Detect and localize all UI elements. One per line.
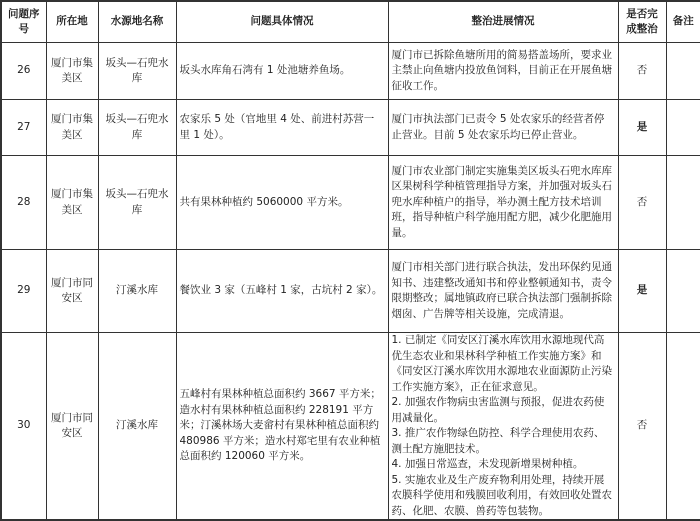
rectification-table: 问题序号 所在地 水源地名称 问题具体情况 整治进展情况 是否完成整治 备注 2… — [0, 0, 700, 521]
cell-no: 30 — [1, 333, 46, 521]
progress-item: 5. 实施农业及生产废弃物利用处理，持续开展农膜科学使用和残膜回收利用，有效回收… — [392, 473, 615, 520]
header-source-name: 水源地名称 — [98, 1, 176, 43]
table-row: 29 厦门市同安区 汀溪水库 餐饮业 3 家（五峰村 1 家，古坑村 2 家）。… — [1, 250, 700, 333]
cell-no: 29 — [1, 250, 46, 333]
cell-location: 厦门市集美区 — [46, 43, 98, 100]
header-progress: 整治进展情况 — [388, 1, 618, 43]
cell-no: 28 — [1, 156, 46, 250]
cell-problem: 农家乐 5 处（官地里 4 处、前进村苏营一里 1 处）。 — [176, 100, 388, 156]
cell-source-name: 坂头—石兜水库 — [98, 156, 176, 250]
table-row: 27 厦门市集美区 坂头—石兜水库 农家乐 5 处（官地里 4 处、前进村苏营一… — [1, 100, 700, 156]
cell-progress: 厦门市相关部门进行联合执法，发出环保约见通知书、违建整改通知书和停业整顿通知书，… — [388, 250, 618, 333]
cell-remarks — [666, 156, 700, 250]
cell-problem: 餐饮业 3 家（五峰村 1 家，古坑村 2 家）。 — [176, 250, 388, 333]
cell-problem: 共有果林种植约 5060000 平方米。 — [176, 156, 388, 250]
cell-source-name: 坂头—石兜水库 — [98, 100, 176, 156]
table-row: 26 厦门市集美区 坂头—石兜水库 坂头水库角石湾有 1 处池塘养鱼场。 厦门市… — [1, 43, 700, 100]
progress-item: 1. 已制定《同安区汀溪水库饮用水源地现代高优生态农业和果林科学种植工作实施方案… — [392, 333, 615, 395]
cell-progress: 厦门市已拆除鱼塘所用的简易搭盖场所，要求业主禁止向鱼塘内投放鱼饲料，目前正在开展… — [388, 43, 618, 100]
cell-location: 厦门市集美区 — [46, 156, 98, 250]
cell-problem: 五峰村有果林种植总面积约 3667 平方米；造水村有果林种植总面积约 22819… — [176, 333, 388, 521]
header-remarks: 备注 — [666, 1, 700, 43]
cell-location: 厦门市同安区 — [46, 250, 98, 333]
header-completed: 是否完成整治 — [618, 1, 666, 43]
cell-location: 厦门市同安区 — [46, 333, 98, 521]
cell-remarks — [666, 43, 700, 100]
cell-progress: 厦门市农业部门制定实施集美区坂头石兜水库库区果树科学种植管理指导方案，并加强对坂… — [388, 156, 618, 250]
header-no: 问题序号 — [1, 1, 46, 43]
cell-progress: 厦门市执法部门已责令 5 处农家乐的经营者停止营业。目前 5 处农家乐均已停止营… — [388, 100, 618, 156]
cell-remarks — [666, 100, 700, 156]
progress-item: 3. 推广农作物绿色防控、科学合理使用农药、测土配方施肥技术。 — [392, 426, 615, 457]
cell-completed: 否 — [618, 333, 666, 521]
header-problem: 问题具体情况 — [176, 1, 388, 43]
cell-completed: 否 — [618, 156, 666, 250]
progress-item: 2. 加强农作物病虫害监测与预报，促进农药使用减量化。 — [392, 395, 615, 426]
cell-no: 27 — [1, 100, 46, 156]
table-row: 28 厦门市集美区 坂头—石兜水库 共有果林种植约 5060000 平方米。 厦… — [1, 156, 700, 250]
cell-completed: 否 — [618, 43, 666, 100]
cell-progress: 1. 已制定《同安区汀溪水库饮用水源地现代高优生态农业和果林科学种植工作实施方案… — [388, 333, 618, 521]
cell-remarks — [666, 250, 700, 333]
cell-completed: 是 — [618, 100, 666, 156]
cell-location: 厦门市集美区 — [46, 100, 98, 156]
cell-source-name: 坂头—石兜水库 — [98, 43, 176, 100]
header-row: 问题序号 所在地 水源地名称 问题具体情况 整治进展情况 是否完成整治 备注 — [1, 1, 700, 43]
cell-problem: 坂头水库角石湾有 1 处池塘养鱼场。 — [176, 43, 388, 100]
cell-no: 26 — [1, 43, 46, 100]
cell-completed: 是 — [618, 250, 666, 333]
progress-item: 4. 加强日常巡查，未发现新增果树种植。 — [392, 457, 615, 473]
header-location: 所在地 — [46, 1, 98, 43]
cell-source-name: 汀溪水库 — [98, 333, 176, 521]
cell-remarks — [666, 333, 700, 521]
table-row: 30 厦门市同安区 汀溪水库 五峰村有果林种植总面积约 3667 平方米；造水村… — [1, 333, 700, 521]
cell-source-name: 汀溪水库 — [98, 250, 176, 333]
